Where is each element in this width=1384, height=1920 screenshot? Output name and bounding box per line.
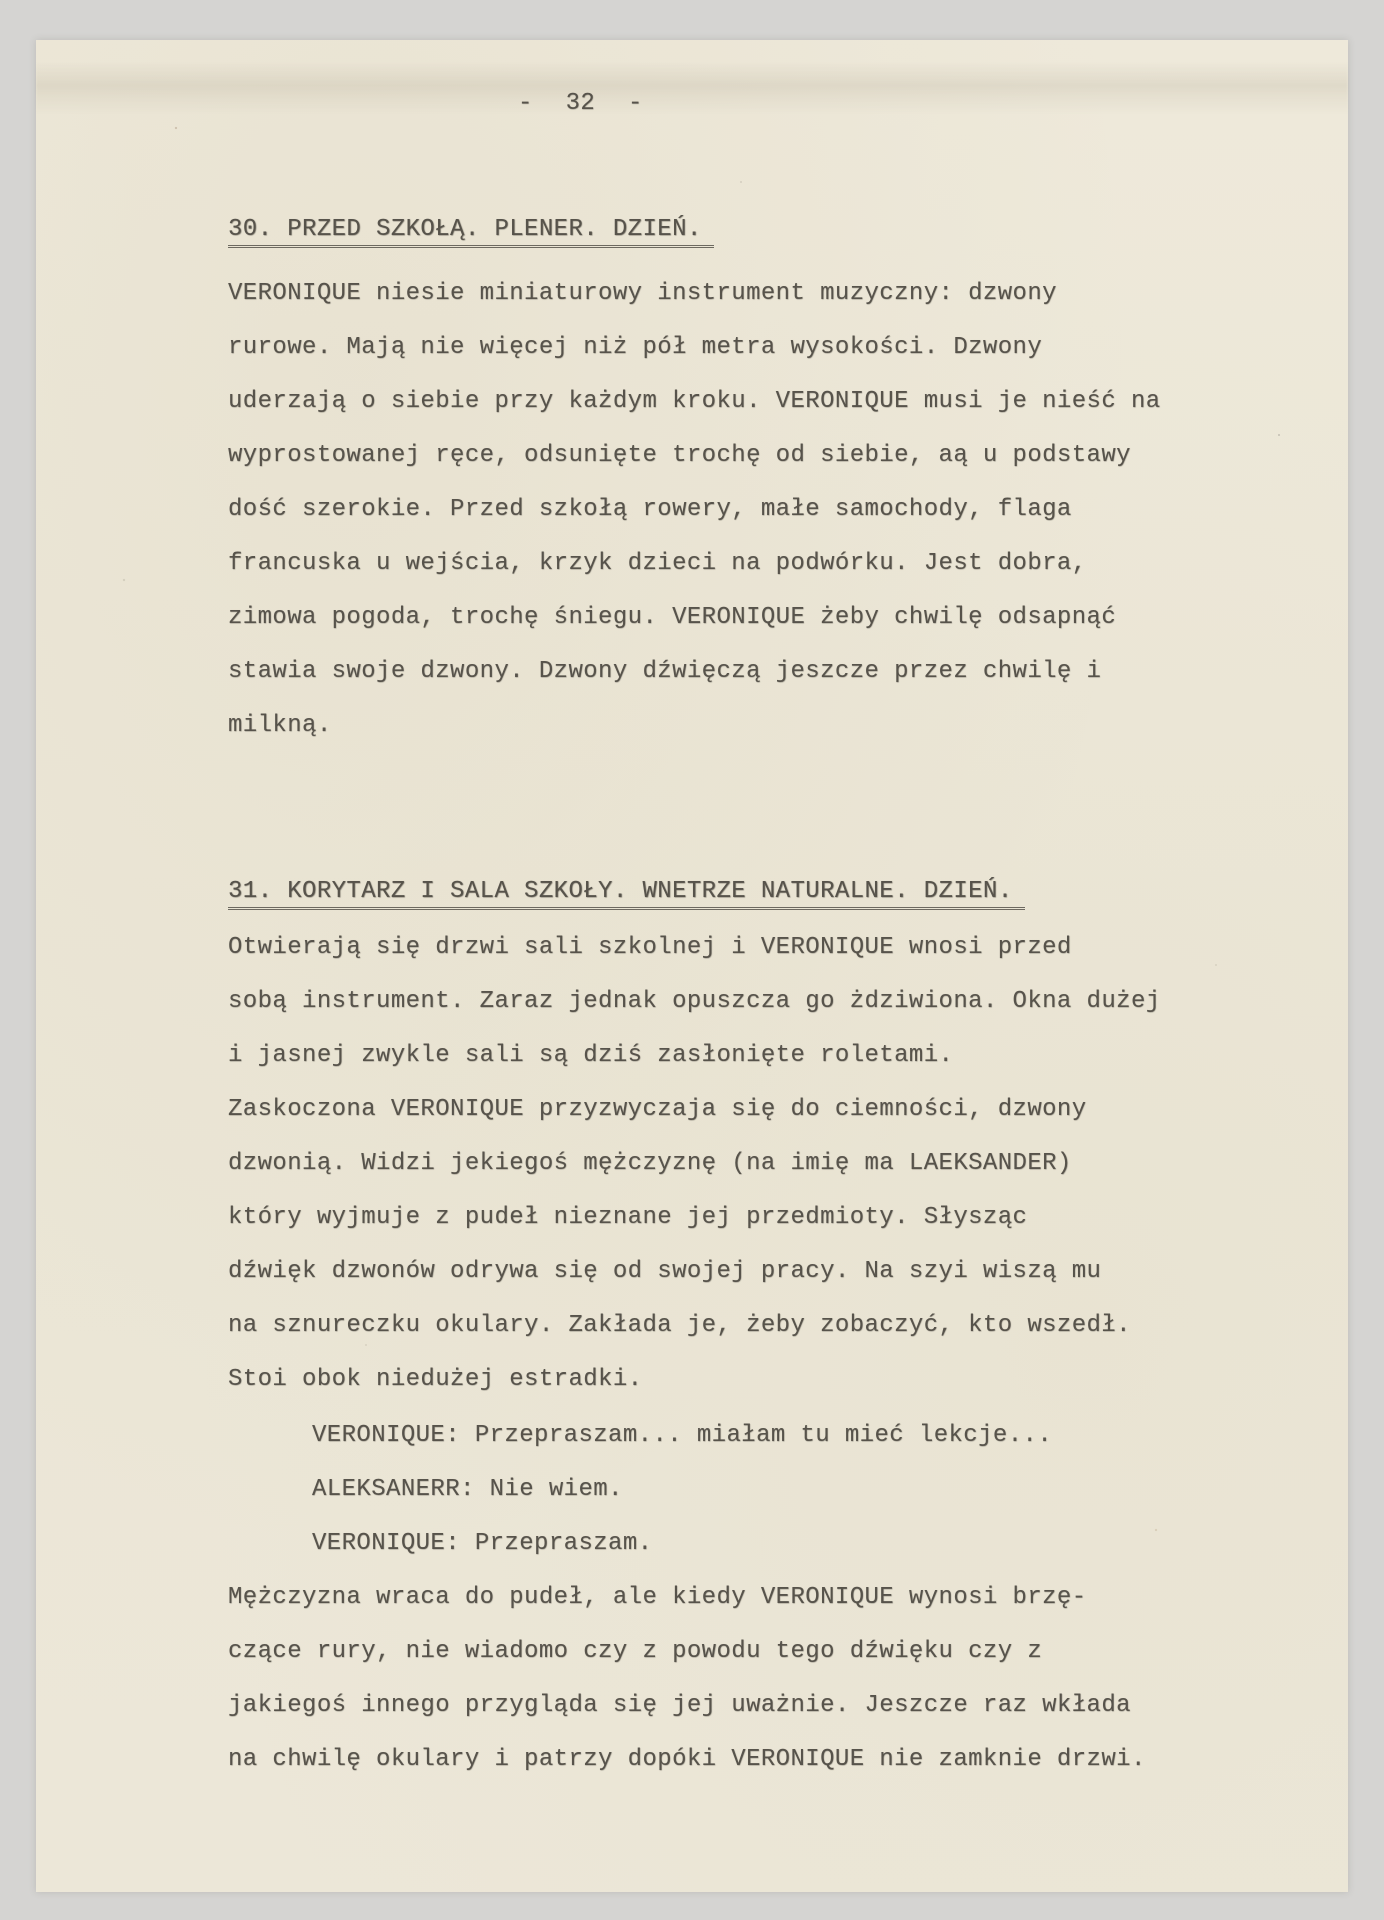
action-line: rurowe. Mają nie więcej niż pół metra wy…	[228, 332, 1161, 386]
action-line: dźwięk dzwonów odrywa się od swojej prac…	[228, 1256, 1161, 1310]
action-line: na chwilę okulary i patrzy dopóki VERONI…	[228, 1744, 1146, 1798]
action-line: zimowa pogoda, trochę śniegu. VERONIQUE …	[228, 602, 1161, 656]
action-line: który wyjmuje z pudeł nieznane jej przed…	[228, 1202, 1161, 1256]
scene-31-action-paragraph: Otwierają się drzwi sali szkolnej i VERO…	[228, 932, 1161, 1418]
scan-artifact-band	[36, 62, 1348, 114]
dialogue-line: ALEKSANERR: Nie wiem.	[312, 1474, 1052, 1528]
action-line: milkną.	[228, 710, 1161, 764]
action-line: na sznureczku okulary. Zakłada je, żeby …	[228, 1310, 1161, 1364]
page-number: - 32 -	[518, 90, 643, 117]
scene-30-action-paragraph: VERONIQUE niesie miniaturowy instrument …	[228, 278, 1161, 764]
dialogue-line: VERONIQUE: Przepraszam.	[312, 1528, 1052, 1582]
action-line: Zaskoczona VERONIQUE przyzwyczaja się do…	[228, 1094, 1161, 1148]
dialogue-line: VERONIQUE: Przepraszam... miałam tu mieć…	[312, 1420, 1052, 1474]
action-line: VERONIQUE niesie miniaturowy instrument …	[228, 278, 1161, 332]
action-line: czące rury, nie wiadomo czy z powodu teg…	[228, 1636, 1146, 1690]
action-line: jakiegoś innego przygląda się jej uważni…	[228, 1690, 1146, 1744]
action-line: i jasnej zwykle sali są dziś zasłonięte …	[228, 1040, 1161, 1094]
action-line: Mężczyzna wraca do pudeł, ale kiedy VERO…	[228, 1582, 1146, 1636]
action-line: francuska u wejścia, krzyk dzieci na pod…	[228, 548, 1161, 602]
dialogue-block: VERONIQUE: Przepraszam... miałam tu mieć…	[312, 1420, 1052, 1582]
scene-31-closing-paragraph: Mężczyzna wraca do pudeł, ale kiedy VERO…	[228, 1582, 1146, 1798]
scanned-page-background: - 32 - 30. PRZED SZKOŁĄ. PLENER. DZIEŃ. …	[0, 0, 1384, 1920]
action-line: Otwierają się drzwi sali szkolnej i VERO…	[228, 932, 1161, 986]
action-line: dzwonią. Widzi jekiegoś mężczyznę (na im…	[228, 1148, 1161, 1202]
action-line: Stoi obok niedużej estradki.	[228, 1364, 1161, 1418]
action-line: wyprostowanej ręce, odsunięte trochę od …	[228, 440, 1161, 494]
scene-heading-31: 31. KORYTARZ I SALA SZKOŁY. WNETRZE NATU…	[228, 878, 1025, 910]
document-page: - 32 - 30. PRZED SZKOŁĄ. PLENER. DZIEŃ. …	[36, 40, 1348, 1892]
action-line: sobą instrument. Zaraz jednak opuszcza g…	[228, 986, 1161, 1040]
action-line: uderzają o siebie przy każdym kroku. VER…	[228, 386, 1161, 440]
scene-heading-30: 30. PRZED SZKOŁĄ. PLENER. DZIEŃ.	[228, 216, 714, 248]
action-line: dość szerokie. Przed szkołą rowery, małe…	[228, 494, 1161, 548]
action-line: stawia swoje dzwony. Dzwony dźwięczą jes…	[228, 656, 1161, 710]
